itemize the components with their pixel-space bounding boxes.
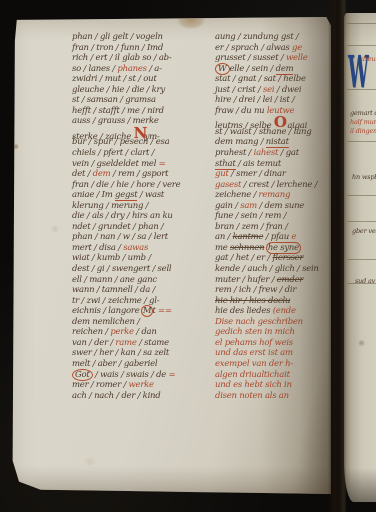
manuscript-line: mert / disa / sawas: [72, 243, 222, 254]
ruled-line: [347, 23, 376, 24]
stain: [50, 225, 60, 233]
text-segment: Got: [72, 369, 93, 381]
text-segment: sawas: [123, 243, 148, 253]
text-segment: dem nemlichen /: [72, 317, 140, 327]
text-segment: chiels / pfert / clart /: [72, 148, 154, 158]
text-segment: die / als / dry / hirs an ku: [72, 211, 173, 221]
text-segment: aung / zundung gst /: [215, 32, 298, 42]
text-segment: fraw / du nu: [215, 106, 267, 116]
facing-page-strip: W dreu ggemart durhalf muncsiil dingeman…: [344, 13, 376, 502]
manuscript-line: bur / spur / pesech / esa: [72, 137, 222, 148]
text-segment: eichnis / langore: [72, 306, 142, 316]
ruled-line: [347, 283, 376, 284]
text-segment: / wais / swais / de: [93, 370, 166, 380]
marginal-text-snippet: gemart dur: [350, 109, 376, 117]
text-segment: aniae / Im: [72, 190, 115, 200]
text-segment: hire / drei / lei / ist /: [215, 95, 295, 105]
marginal-text-snippet: dreu g: [361, 55, 376, 63]
text-segment: / wast: [137, 190, 164, 200]
manuscript-line: van / der / rame / stame: [72, 338, 222, 349]
text-segment: gasest: [215, 180, 241, 190]
manuscript-line: aung / zundung gst /: [215, 32, 339, 43]
manuscript-line: und das erst ist am: [215, 348, 339, 359]
text-segment: kantme: [233, 232, 264, 242]
manuscript-line: hire / drei / lei / ist /: [215, 95, 339, 106]
ruled-line: [347, 45, 376, 46]
text-segment: schnnen: [230, 243, 264, 253]
manuscript-line: el pehams hof weis: [215, 338, 339, 349]
text-segment: / rem / gsport: [110, 169, 168, 179]
book-gutter: [328, 0, 346, 512]
text-segment: rem / ich / frew / dir: [215, 285, 296, 295]
manuscript-line: gat / het / er / flersser: [215, 253, 339, 264]
manuscript-line: grusset / susset / welle: [215, 53, 339, 64]
text-segment: hie hir / hies doclu: [215, 296, 290, 306]
manuscript-line: ndet / grundet / phan /: [72, 222, 222, 233]
text-segment: ndet / grundet / phan /: [72, 222, 164, 232]
manuscript-line: kende / auch / glich / sein: [215, 264, 339, 275]
manuscript-line: bran / zem / fran /: [215, 222, 339, 233]
manuscript-line: reichen / perke / dan: [72, 327, 222, 338]
text-segment: emder: [277, 275, 303, 285]
text-segment: gedich sten in mich: [215, 327, 295, 337]
text-segment: elle / sein /: [230, 64, 276, 74]
text-segment: bur / spur / pesech / esa: [72, 137, 169, 147]
manuscript-line: gain / sam / dem sune: [215, 201, 339, 212]
manuscript-line: wiat / kumb / umb /: [72, 253, 222, 264]
text-segment: klerung / merung /: [72, 201, 148, 211]
text-segment: sam: [240, 201, 257, 211]
manuscript-line: sterke / zaiche Nym-: [72, 127, 222, 138]
manuscript-line: dem nemlichen /: [72, 317, 222, 328]
text-segment: / stame: [137, 338, 169, 348]
manuscript-line: hie hir / hies doclu: [215, 296, 339, 307]
marginal-text-snippet: gber veal: [352, 227, 376, 235]
text-segment: reichen /: [72, 327, 110, 337]
stain: [177, 11, 205, 29]
manuscript-line: tr / zwi / zeichme / gl-: [72, 296, 222, 307]
text-segment: ==: [156, 306, 172, 316]
text-segment: det /: [72, 169, 93, 179]
text-segment: prahest /: [215, 148, 254, 158]
text-segment: muter / hufer /: [215, 275, 277, 285]
manuscript-line: phan / gli gelt / vogeln: [72, 32, 222, 43]
manuscript-line: hie des liedes (ende: [215, 306, 339, 317]
text-segment: exempel van der h-: [215, 359, 293, 369]
text-segment: he syne: [267, 243, 300, 253]
text-segment: rame: [115, 338, 136, 348]
text-segment: W: [215, 63, 230, 75]
text-segment: / ais temut: [236, 159, 282, 169]
text-segment: melt / aber / gaberiel: [72, 359, 157, 369]
text-segment: phan / gli gelt / vogeln: [72, 32, 163, 42]
text-segment: / pfau: [263, 232, 291, 242]
manuscript-line: zeichene / remang: [215, 190, 339, 201]
text-segment: dem: [276, 64, 294, 75]
manuscript-line: phan / nan / w / sa / lert: [72, 232, 222, 243]
text-segment: gain /: [215, 201, 240, 211]
text-segment: gleuche / hie / die / kry: [72, 85, 165, 95]
ruled-line: [347, 259, 376, 260]
text-segment: van / der /: [72, 338, 115, 348]
text-segment: ach / nach / der / kind: [72, 391, 160, 401]
manuscript-line: aniae / Im gegst / wast: [72, 190, 222, 201]
manuscript-line: eichnis / langore Mt ==: [72, 306, 222, 317]
text-segment: ell / mann / ane ganc: [72, 275, 157, 285]
text-segment: fune / sein / rem /: [215, 211, 286, 221]
manuscript-line: Got / wais / swais / de =: [72, 370, 222, 381]
text-segment: =: [166, 370, 175, 380]
text-segment: just / crist /: [215, 85, 263, 95]
manuscript-line: zwidri / mut / st / out: [72, 74, 222, 85]
text-segment: nistat: [266, 137, 289, 148]
ruled-line: [347, 195, 376, 196]
manuscript-left-page: phan / gli gelt / vogelnfran / tron / fu…: [12, 17, 331, 494]
manuscript-line: chiels / pfert / clart /: [72, 148, 222, 159]
text-segment: (ende: [273, 306, 296, 316]
manuscript-line: er / sprach / alwas ge: [215, 43, 339, 54]
manuscript-line: vein / gseldeldet mel =: [72, 159, 222, 170]
text-segment: algen driualtichait: [215, 370, 290, 380]
manuscript-line: dem mang / nistat: [215, 137, 339, 148]
text-segment: hefft / stafft / me / nird: [72, 106, 164, 116]
manuscript-line: dest / gi / swengert / sell: [72, 264, 222, 275]
manuscript-line: algen driualtichait: [215, 370, 339, 381]
manuscript-line: auss / grauss / merke: [72, 116, 222, 127]
text-segment: kende / auch / glich / sein: [215, 264, 319, 274]
stain: [13, 143, 19, 150]
manuscript-line: klerung / merung /: [72, 201, 222, 212]
text-segment: stat / gnat / sat / helbe: [215, 74, 306, 84]
manuscript-line: me schnnen he syne: [215, 243, 339, 254]
text-segment: st / samsan / gramsa: [72, 95, 156, 105]
manuscript-line: ach / nach / der / kind: [72, 391, 222, 402]
manuscript-line: gleuche / hie / die / kry: [72, 85, 222, 96]
manuscript-line: det / dem / rem / gsport: [72, 169, 222, 180]
text-segment: iahest: [254, 148, 279, 158]
manuscript-line: st / samsan / gramsa: [72, 95, 222, 106]
text-segment: hie des liedes: [215, 306, 273, 316]
manuscript-line: Welle / sein / dem: [215, 64, 339, 75]
manuscript-line: und es hebt sich in: [215, 380, 339, 391]
text-segment: / a-: [147, 64, 162, 74]
ruled-line: [347, 141, 376, 142]
text-segment: M: [142, 306, 152, 316]
text-segment: mert / disa /: [72, 243, 123, 253]
text-segment: / dan: [134, 327, 157, 337]
manuscript-line: fran / tron / funn / Imd: [72, 43, 222, 54]
text-segment: er / sprach / alwas: [215, 43, 292, 53]
ruled-line: [347, 221, 376, 222]
manuscript-line: an / kantme / pfau e: [215, 232, 339, 243]
text-segment: fran / die / hie / hore / vere: [72, 180, 180, 190]
text-segment: werke: [129, 380, 154, 390]
manuscript-line: disen noten als an: [215, 391, 339, 402]
marginal-text-snippet: sud av: [355, 277, 375, 285]
text-segment: gut: [215, 169, 229, 179]
text-segment: ge: [292, 43, 302, 53]
manuscript-line: fune / sein / rem /: [215, 211, 339, 222]
manuscript-line: prahest / iahest / gat: [215, 148, 339, 159]
rubricated-initial: O: [274, 115, 285, 124]
text-segment: =: [156, 159, 165, 169]
manuscript-line: muter / hufer / emder: [215, 275, 339, 286]
text-segment: st / waist / sthane / lang: [215, 127, 311, 137]
rubricated-initial: N: [134, 126, 145, 135]
text-segment: / smer / dinar: [229, 169, 286, 179]
text-segment: / dem sune: [257, 201, 304, 211]
text-segment: phanes: [117, 64, 146, 74]
text-segment: so / lanes /: [72, 64, 117, 74]
illuminated-initial-W: W: [348, 51, 369, 95]
stain: [358, 339, 365, 347]
manuscript-line: Dise nach geschriben: [215, 317, 339, 328]
manuscript-line: exempel van der h-: [215, 359, 339, 370]
text-segment: phan / nan / w / sa / lert: [72, 232, 168, 242]
text-segment: disen noten als an: [215, 391, 289, 401]
manuscript-line: fran / die / hie / hore / vere: [72, 180, 222, 191]
stain: [82, 457, 98, 466]
manuscript-photo: phan / gli gelt / vogelnfran / tron / fu…: [0, 0, 376, 512]
manuscript-line: just / crist / sei / dwei: [215, 85, 339, 96]
manuscript-line: sthat / ais temut: [215, 159, 339, 170]
text-segment: zeichene /: [215, 190, 259, 200]
text-segment: Dise nach geschriben: [215, 317, 303, 327]
text-segment: / gat: [278, 148, 299, 158]
text-segment: el pehams hof weis: [215, 338, 293, 348]
text-segment: / dwei: [274, 85, 301, 95]
manuscript-line: stat / gnat / sat / helbe: [215, 74, 339, 85]
text-segment: welle: [286, 53, 308, 63]
manuscript-line: leutms / selbe O aigai: [215, 116, 339, 127]
manuscript-line: gut / smer / dinar: [215, 169, 339, 180]
text-segment: zwidri / mut / st / out: [72, 74, 156, 84]
text-segment: gat / het / er /: [215, 253, 273, 263]
text-segment: remang: [259, 190, 291, 200]
text-column-left: phan / gli gelt / vogelnfran / tron / fu…: [72, 32, 222, 401]
manuscript-line: ell / mann / ane ganc: [72, 275, 222, 286]
text-segment: gegst: [115, 190, 137, 201]
manuscript-line: rich / ert / il glab so / ab-: [72, 53, 222, 64]
text-segment: fran / tron / funn / Imd: [72, 43, 163, 53]
text-segment: dest / gi / swengert / sell: [72, 264, 171, 274]
text-segment: mer / romer /: [72, 380, 129, 390]
manuscript-line: gasest / crest / lerchene /: [215, 180, 339, 191]
text-segment: swer / her / kan / sa zelt: [72, 348, 169, 358]
text-segment: sei: [263, 85, 274, 95]
text-segment: sthat: [215, 159, 236, 170]
marginal-text-snippet: hn wspbm a: [352, 173, 376, 181]
text-segment: wann / tamnell / da /: [72, 285, 155, 295]
text-segment: wiat / kumb / umb /: [72, 253, 151, 263]
ruled-line: [347, 89, 376, 90]
text-segment: an /: [215, 232, 233, 242]
text-segment: flersser: [273, 253, 304, 263]
manuscript-line: wann / tamnell / da /: [72, 285, 222, 296]
text-segment: und das erst ist am: [215, 348, 293, 358]
manuscript-line: hefft / stafft / me / nird: [72, 106, 222, 117]
manuscript-line: mer / romer / werke: [72, 380, 222, 391]
manuscript-line: so / lanes / phanes / a-: [72, 64, 222, 75]
text-segment: me: [215, 243, 230, 253]
text-segment: e: [291, 232, 296, 242]
manuscript-line: swer / her / kan / sa zelt: [72, 348, 222, 359]
marginal-text-snippet: half muncsi: [350, 118, 376, 126]
text-segment: / crest / lerchene /: [241, 180, 317, 190]
marginal-text-snippet: il dingeman: [350, 127, 376, 135]
text-segment: vein / gseldeldet mel: [72, 159, 156, 169]
text-segment: rich / ert / il glab so / ab-: [72, 53, 171, 63]
text-segment: dem: [93, 169, 111, 179]
text-segment: perke: [110, 327, 133, 337]
manuscript-line: rem / ich / frew / dir: [215, 285, 339, 296]
manuscript-line: melt / aber / gaberiel: [72, 359, 222, 370]
text-segment: und es hebt sich in: [215, 380, 292, 390]
text-column-right: aung / zundung gst /er / sprach / alwas …: [215, 32, 339, 401]
text-segment: tr / zwi / zeichme / gl-: [72, 296, 159, 306]
text-segment: grusset / susset /: [215, 53, 286, 63]
text-segment: bran / zem / fran /: [215, 222, 288, 232]
manuscript-line: die / als / dry / hirs an ku: [72, 211, 222, 222]
text-segment: dem mang /: [215, 137, 266, 147]
manuscript-line: gedich sten in mich: [215, 327, 339, 338]
